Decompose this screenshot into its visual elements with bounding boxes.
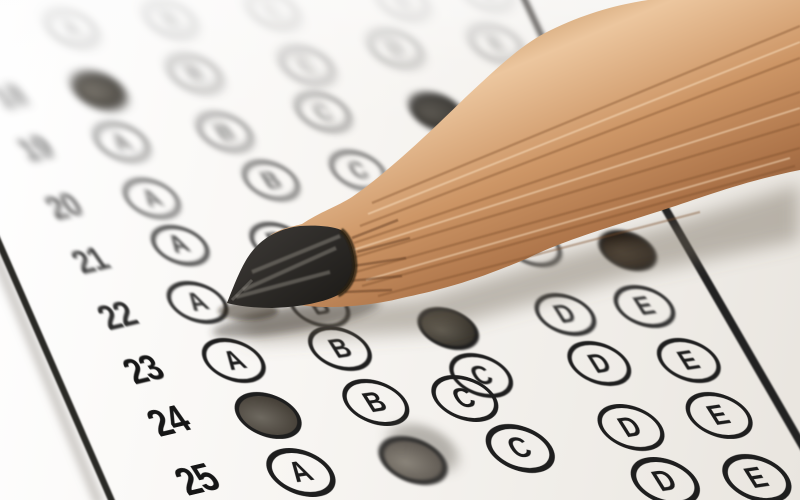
- sheet-edge-stripe: [0, 236, 114, 500]
- photo-answer-sheet-scene: ABCDE18BCDE19ABCE20ABCDE21ABCD22ABDE23AB…: [0, 0, 800, 500]
- pencil-and-lines-overlay: [0, 0, 800, 500]
